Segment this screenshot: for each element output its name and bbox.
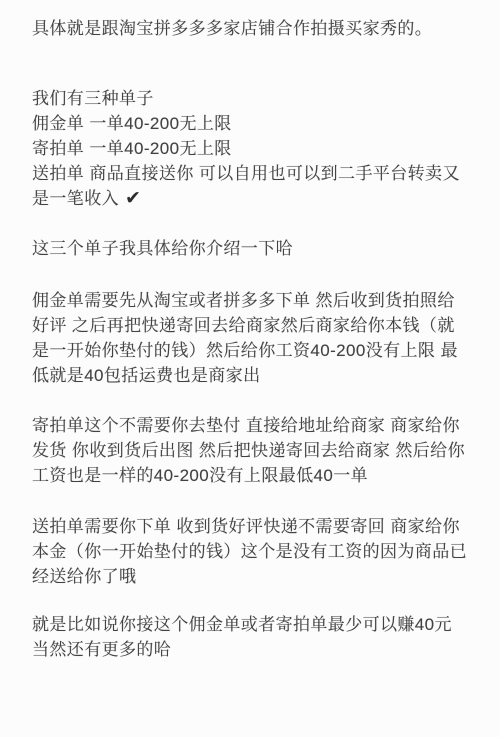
paragraph-commission-order: 佣金单需要先从淘宝或者拼多多下单 然后收到货拍照给 好评 之后再把快递寄回去给商… <box>32 288 477 388</box>
paragraph-order-types: 我们有三种单子 佣金单 一单40-200无上限 寄拍单 一单40-200无上限 … <box>32 86 477 211</box>
checkmark-icon: ✔ <box>125 188 141 209</box>
paragraph-send-shoot-order: 寄拍单这个不需要你去垫付 直接给地址给商家 商家给你 发货 你收到货后出图 然后… <box>32 413 477 488</box>
paragraph-order-types-text: 我们有三种单子 佣金单 一单40-200无上限 寄拍单 一单40-200无上限 … <box>32 89 460 208</box>
paragraph-intro: 具体就是跟淘宝拼多多多家店铺合作拍摄买家秀的。 <box>32 16 477 41</box>
document-page: 具体就是跟淘宝拼多多多家店铺合作拍摄买家秀的。 我们有三种单子 佣金单 一单40… <box>0 0 500 737</box>
paragraph-earnings-summary: 就是比如说你接这个佣金单或者寄拍单最少可以赚40元 当然还有更多的哈 <box>32 612 477 662</box>
paragraph-transition: 这三个单子我具体给你介绍一下哈 <box>32 236 477 261</box>
paragraph-gift-shoot-order: 送拍单需要你下单 收到货好评快递不需要寄回 商家给你 本金（你一开始垫付的钱）这… <box>32 514 477 589</box>
